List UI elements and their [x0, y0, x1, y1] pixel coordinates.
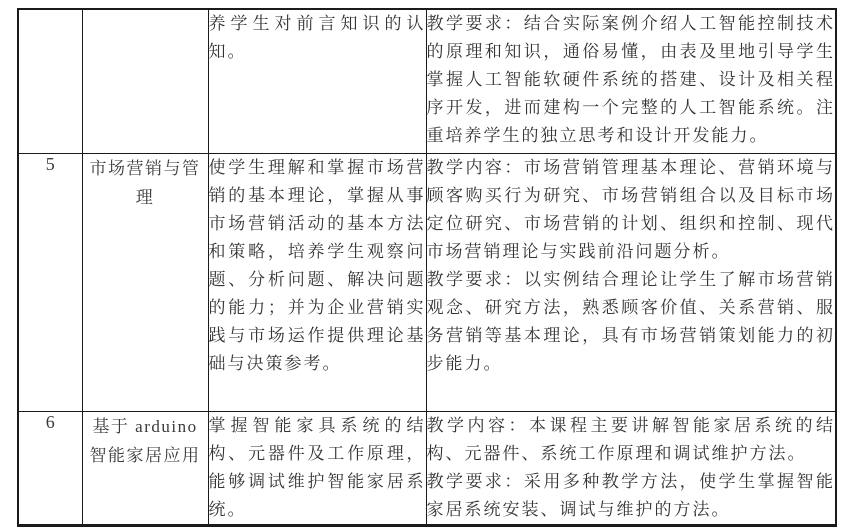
- table-row-6: 6 基于 arduino 智能家居应用 掌握智能家具系统的结构、元器件及工作原理…: [18, 411, 836, 525]
- teaching-requirement-paragraph: 教学要求：以实例结合理论让学生了解市场营销观念、研究方法，熟悉顾客价值、关系营销…: [427, 266, 836, 378]
- objective-paragraph: 掌握智能家具系统的结构、元器件及工作原理，能够调试维护智能家居系统。: [209, 412, 426, 524]
- objective-paragraph: 养学生对前言知识的认知。: [209, 10, 426, 66]
- index-cell: 6: [18, 411, 82, 525]
- table-row-5: 5 市场营销与管 理 使学生理解和掌握市场营销的基本理论，掌握从事市场营销活动的…: [18, 153, 836, 411]
- teaching-cell: 教学要求：结合实际案例介绍人工智能控制技术的原理和知识，通俗易懂，由表及里地引导…: [426, 9, 836, 153]
- objective-cell: 使学生理解和掌握市场营销的基本理论，掌握从事市场营销活动的基本方法和策略，培养学…: [208, 153, 426, 411]
- course-name-cell: [82, 9, 208, 153]
- objective-paragraph: 使学生理解和掌握市场营销的基本理论，掌握从事市场营销活动的基本方法和策略，培养学…: [209, 154, 426, 378]
- document-page: 养学生对前言知识的认知。 教学要求：结合实际案例介绍人工智能控制技术的原理和知识…: [0, 0, 842, 529]
- teaching-cell: 教学内容：本课程主要讲解智能家居系统的结构、元器件、系统工作原理和调试维护方法。…: [426, 411, 836, 525]
- teaching-requirement-paragraph: 教学要求：采用多种教学方法，使学生掌握智能家居系统安装、调试与维护的方法。: [427, 468, 836, 524]
- teaching-content-paragraph: 教学内容：本课程主要讲解智能家居系统的结构、元器件、系统工作原理和调试维护方法。: [427, 412, 836, 468]
- teaching-cell: 教学内容：市场营销管理基本理论、营销环境与顾客购买行为研究、市场营销组合以及目标…: [426, 153, 836, 411]
- index-cell: [18, 9, 82, 153]
- objective-cell: 养学生对前言知识的认知。: [208, 9, 426, 153]
- course-name-cell: 市场营销与管 理: [82, 153, 208, 411]
- objective-cell: 掌握智能家具系统的结构、元器件及工作原理，能够调试维护智能家居系统。: [208, 411, 426, 525]
- table-row-continuation: 养学生对前言知识的认知。 教学要求：结合实际案例介绍人工智能控制技术的原理和知识…: [18, 9, 836, 153]
- teaching-content-paragraph: 教学内容：市场营销管理基本理论、营销环境与顾客购买行为研究、市场营销组合以及目标…: [427, 154, 836, 266]
- index-cell: 5: [18, 153, 82, 411]
- course-syllabus-table: 养学生对前言知识的认知。 教学要求：结合实际案例介绍人工智能控制技术的原理和知识…: [17, 8, 837, 527]
- teaching-paragraph: 教学要求：结合实际案例介绍人工智能控制技术的原理和知识，通俗易懂，由表及里地引导…: [427, 10, 836, 150]
- course-name-cell: 基于 arduino 智能家居应用: [82, 411, 208, 525]
